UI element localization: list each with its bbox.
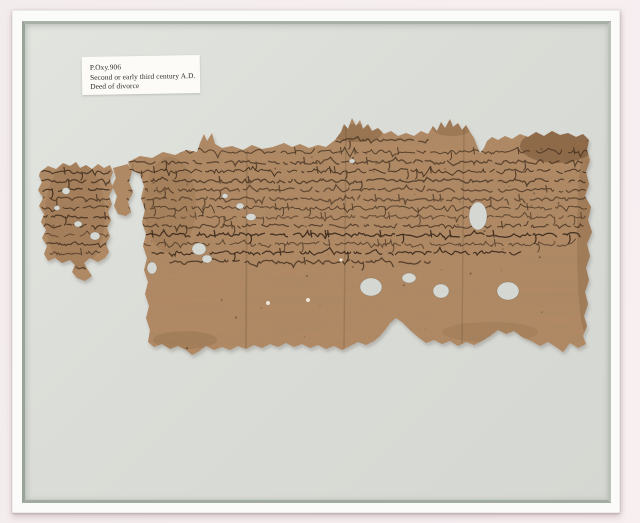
mat-board: P.Oxy.906 Second or early third century …: [22, 21, 611, 503]
museum-photo: P.Oxy.906 Second or early third century …: [0, 0, 640, 523]
papyrus-fragment: [25, 24, 608, 500]
label-document-type: Deed of divorce: [90, 80, 200, 92]
label-card: P.Oxy.906 Second or early third century …: [82, 55, 201, 95]
picture-frame: P.Oxy.906 Second or early third century …: [12, 10, 620, 513]
